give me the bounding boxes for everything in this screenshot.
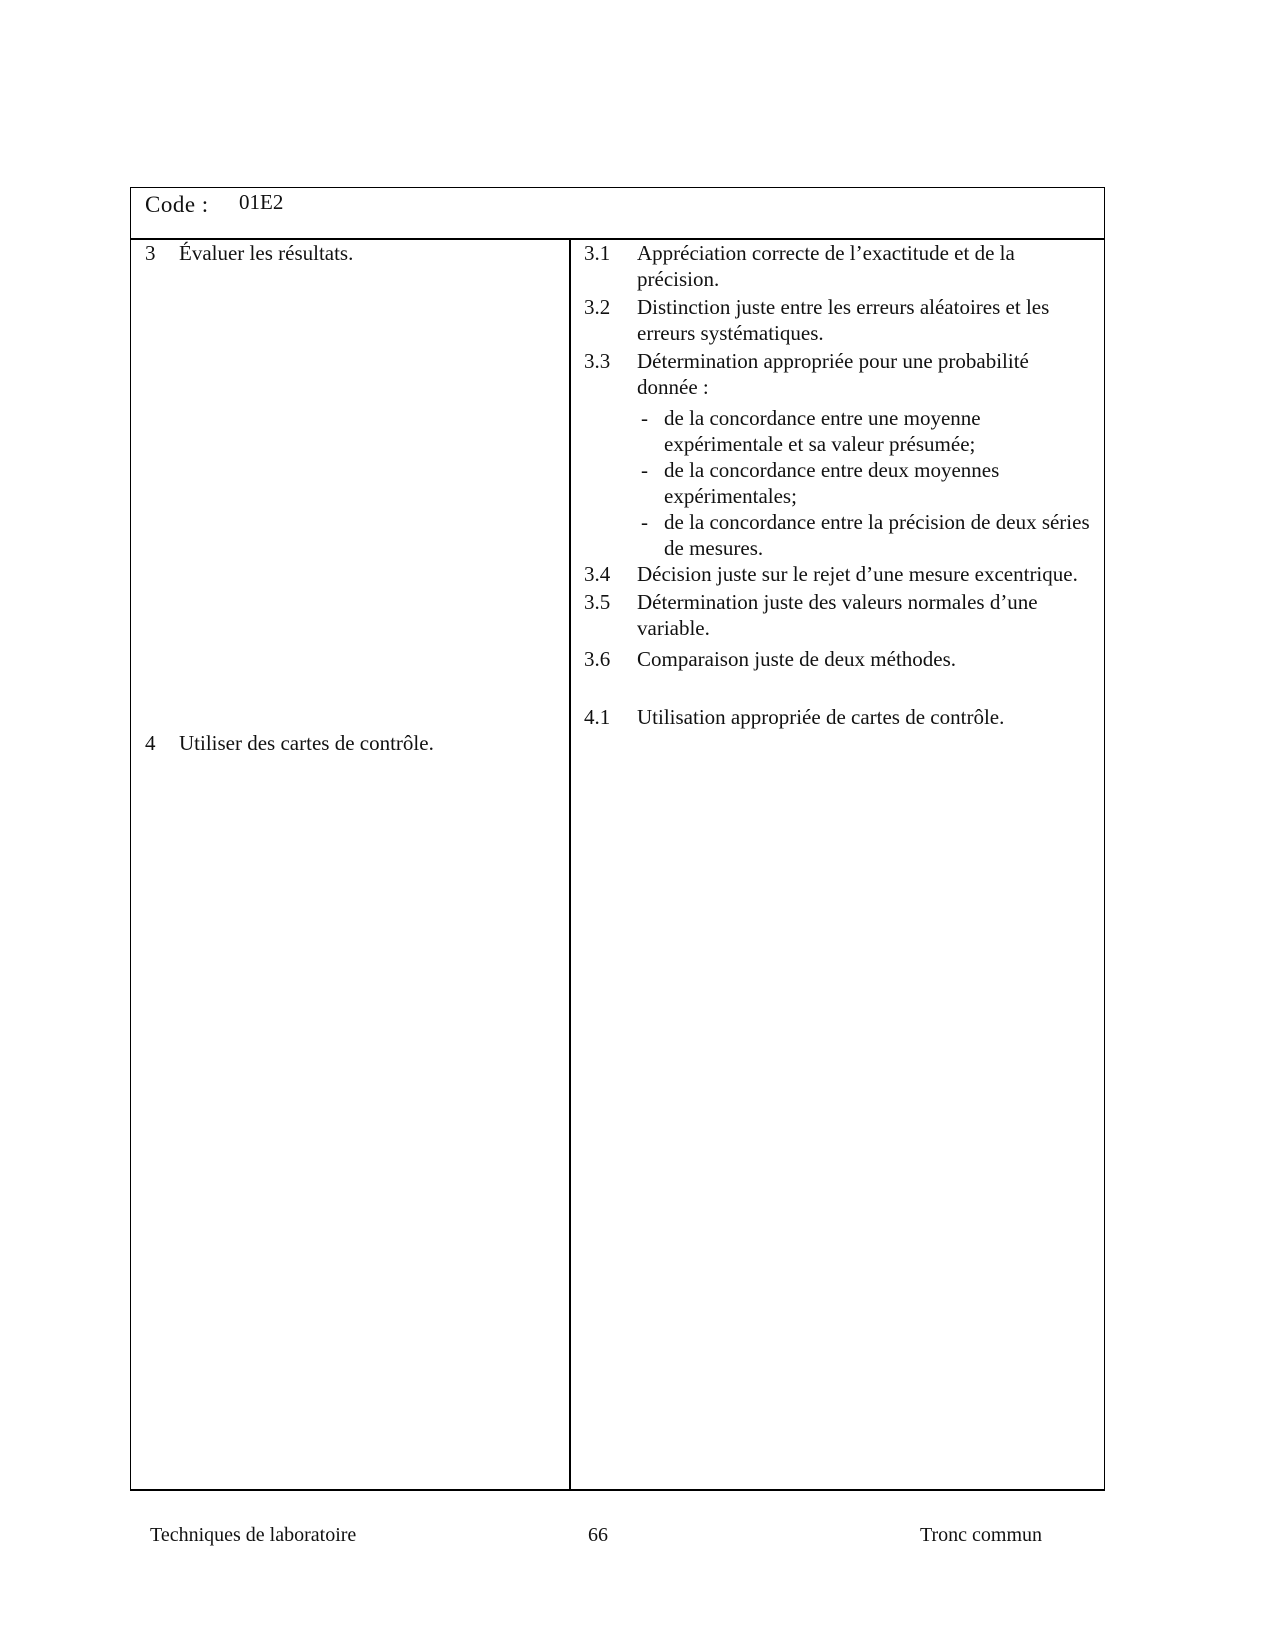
criteria-column: 3.1 Appréciation correcte de l’exactitud… [584, 240, 1094, 730]
code-label: Code : [145, 192, 209, 218]
criterion-item: 3.6 Comparaison juste de deux méthodes. [584, 646, 1094, 672]
code-value: 01E2 [239, 190, 283, 215]
criterion-text: Distinction juste entre les erreurs aléa… [637, 294, 1094, 346]
criterion-item: 3.4 Décision juste sur le rejet d’une me… [584, 561, 1094, 587]
competency-number: 3 [145, 240, 179, 266]
criterion-number: 4.1 [584, 704, 637, 730]
criterion-text: Détermination appropriée pour une probab… [637, 348, 1094, 400]
sub-item: - de la concordance entre la précision d… [637, 509, 1094, 561]
criterion-item: 3.5 Détermination juste des valeurs norm… [584, 589, 1094, 641]
criterion-item: 4.1 Utilisation appropriée de cartes de … [584, 704, 1094, 730]
criterion-number: 3.3 [584, 348, 637, 400]
column-divider [569, 238, 571, 1489]
dash-bullet: - [637, 405, 664, 457]
competency-label: Évaluer les résultats. [179, 241, 353, 265]
sub-item-text: de la concordance entre deux moyennes ex… [664, 457, 1094, 509]
criterion-text: Décision juste sur le rejet d’une mesure… [637, 561, 1094, 587]
criterion-text: Détermination juste des valeurs normales… [637, 589, 1094, 641]
criterion-item: 3.1 Appréciation correcte de l’exactitud… [584, 240, 1094, 292]
competency-number: 4 [145, 730, 179, 756]
criterion-number: 3.6 [584, 646, 637, 672]
criterion-item: 3.3 Détermination appropriée pour une pr… [584, 348, 1094, 400]
sub-item-text: de la concordance entre la précision de … [664, 509, 1094, 561]
criterion-number: 3.5 [584, 589, 637, 641]
criterion-text: Utilisation appropriée de cartes de cont… [637, 704, 1094, 730]
competency-label: Utiliser des cartes de contrôle. [179, 731, 434, 755]
footer-page-number: 66 [588, 1524, 608, 1547]
sub-item: - de la concordance entre une moyenne ex… [637, 405, 1094, 457]
criterion-item: 3.2 Distinction juste entre les erreurs … [584, 294, 1094, 346]
dash-bullet: - [637, 457, 664, 509]
footer-program-title: Techniques de laboratoire [150, 1524, 356, 1547]
criterion-text: Comparaison juste de deux méthodes. [637, 646, 1094, 672]
dash-bullet: - [637, 509, 664, 561]
sub-item-text: de la concordance entre une moyenne expé… [664, 405, 1094, 457]
footer-section-name: Tronc commun [920, 1524, 1042, 1547]
competency-item: 3Évaluer les résultats. [145, 240, 353, 266]
competency-table: Code : 01E2 3Évaluer les résultats. 4Uti… [130, 187, 1105, 1491]
criterion-number: 3.4 [584, 561, 637, 587]
competency-item: 4Utiliser des cartes de contrôle. [145, 730, 434, 756]
criterion-text: Appréciation correcte de l’exactitude et… [637, 240, 1094, 292]
table-header: Code : 01E2 [131, 188, 1104, 240]
criterion-number: 3.1 [584, 240, 637, 292]
criterion-number: 3.2 [584, 294, 637, 346]
sub-item: - de la concordance entre deux moyennes … [637, 457, 1094, 509]
